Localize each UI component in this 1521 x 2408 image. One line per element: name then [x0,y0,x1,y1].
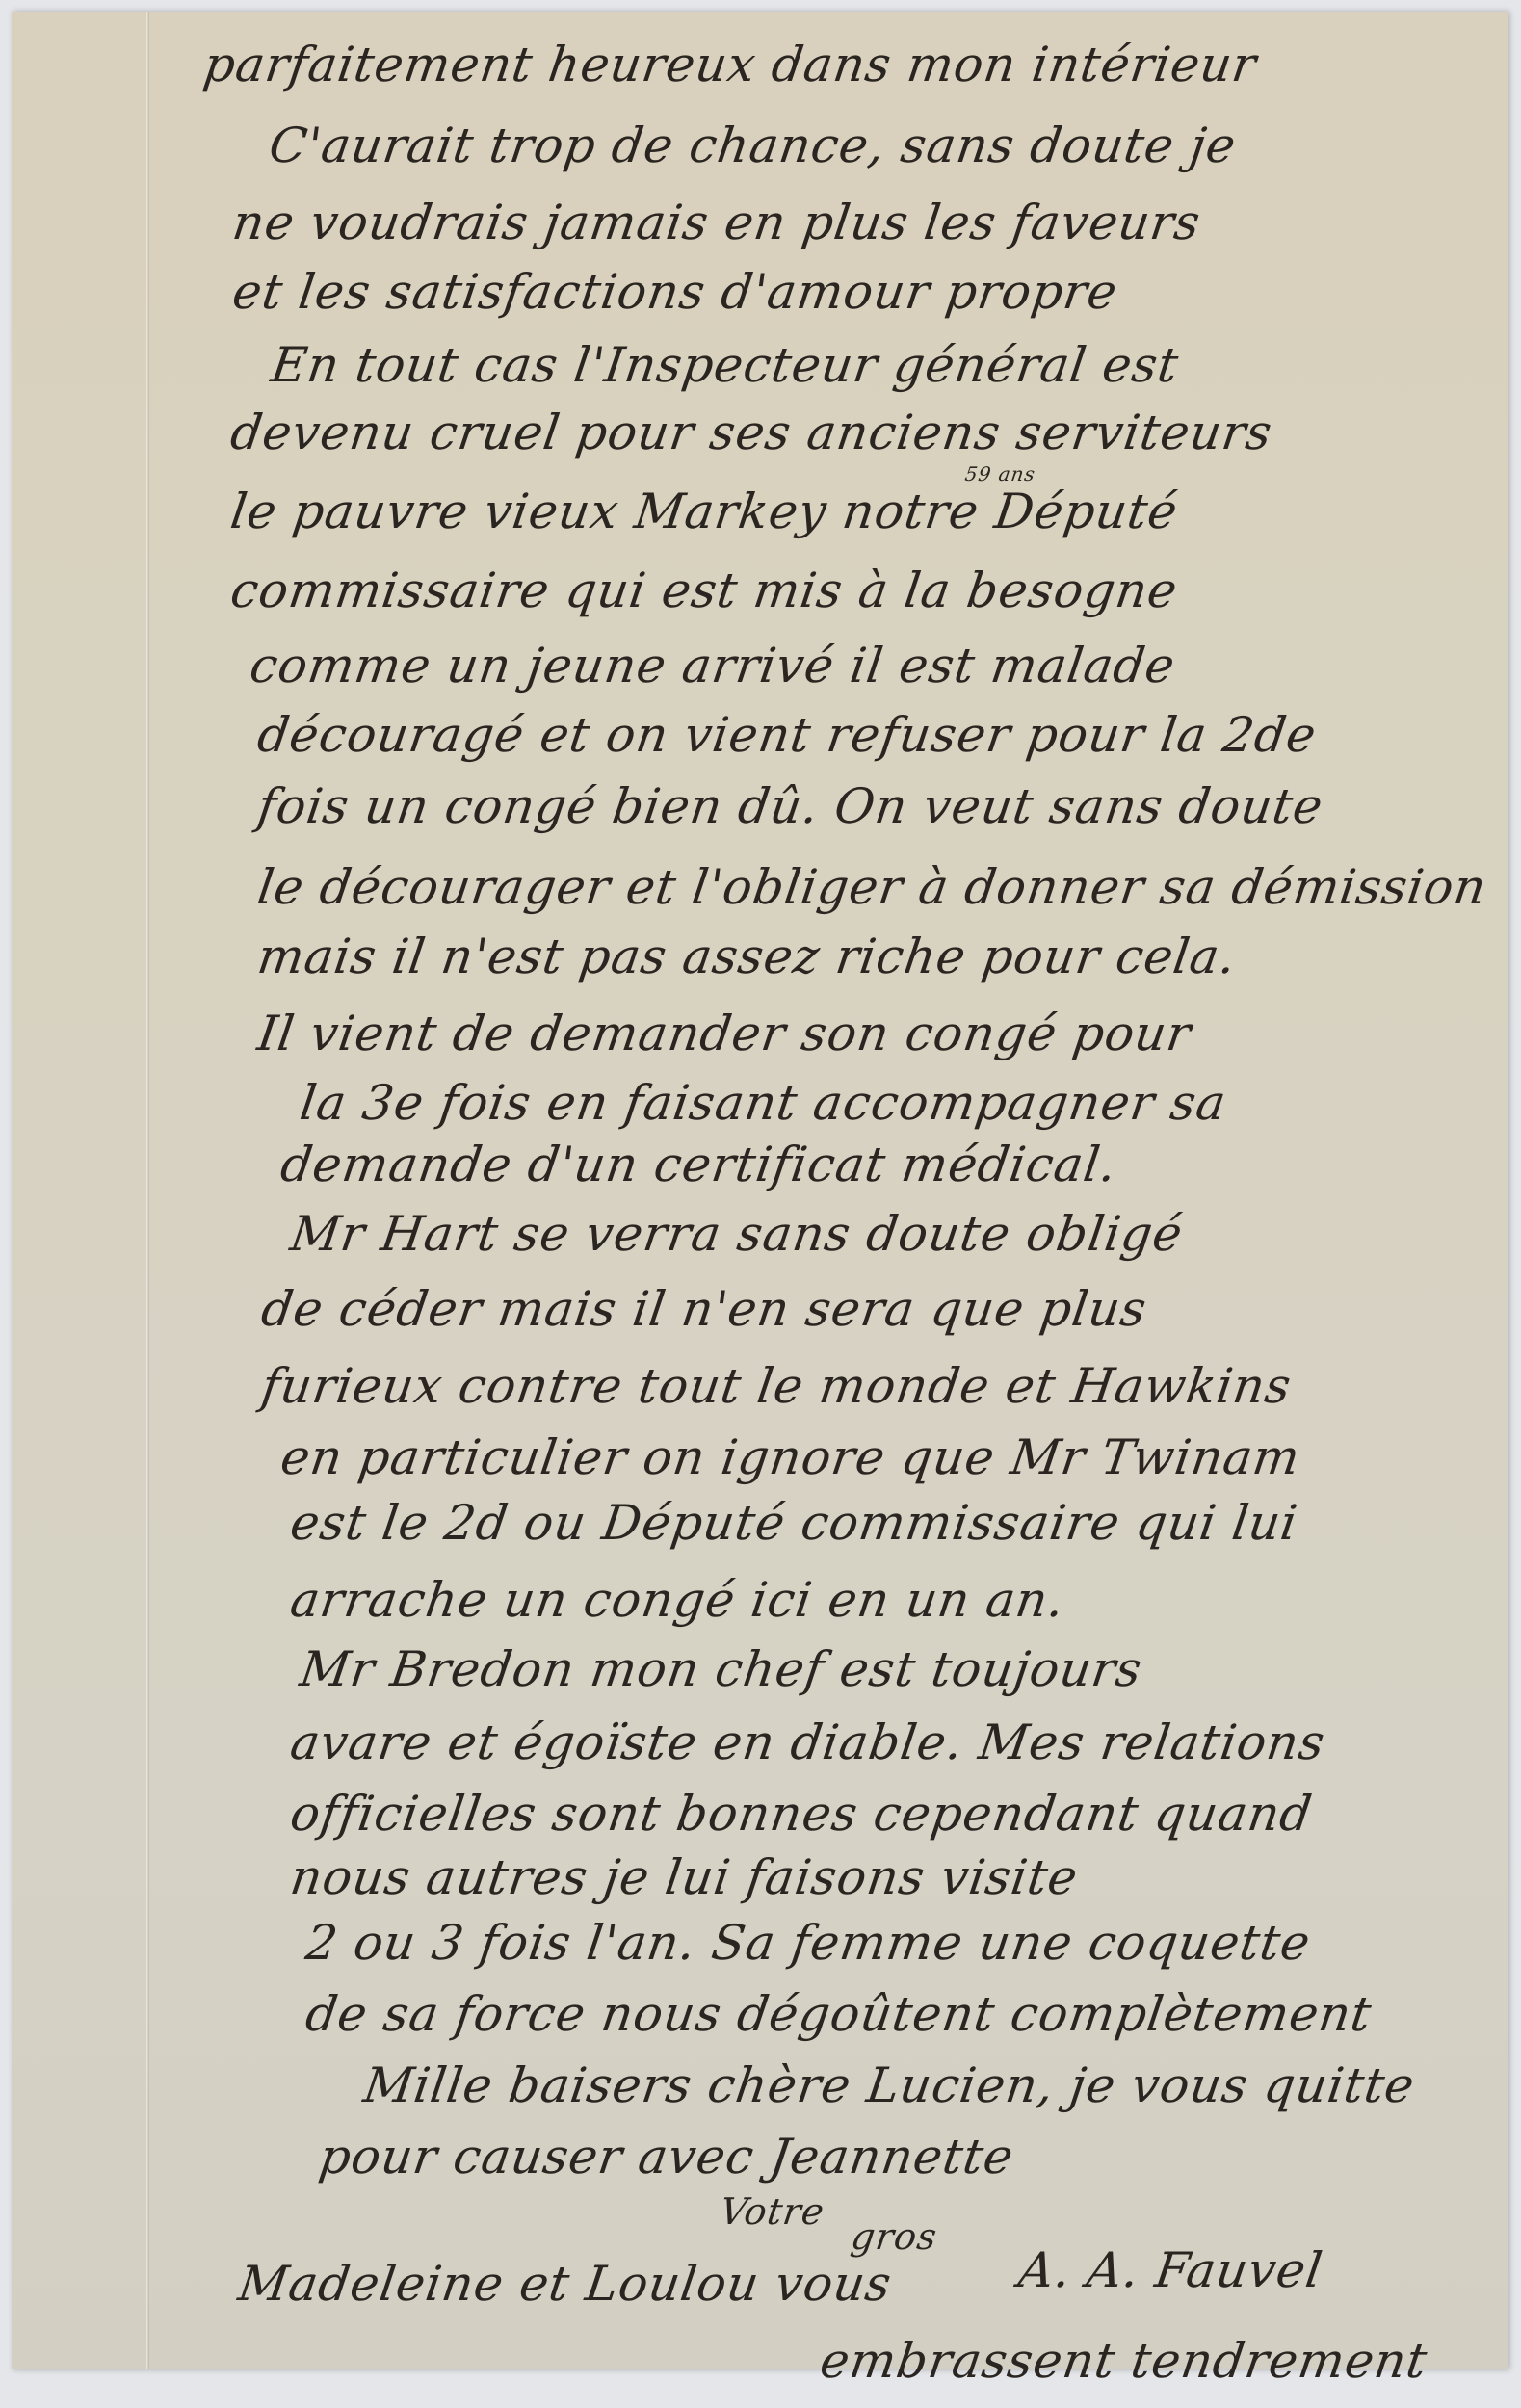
letter-line-15: la 3e fois en faisant accompagner sa [297,1075,1230,1131]
letter-line-3: ne voudrais jamais en plus les faveurs [229,195,1204,250]
letter-line-5: En tout cas l'Inspecteur général est [268,337,1182,393]
age-annotation: 59 ans [963,462,1036,485]
letter-line-11: fois un congé bien dû. On veut sans dout… [254,778,1326,834]
letter-line-23: Mr Bredon mon chef est toujours [297,1641,1145,1697]
letter-line-22: arrache un congé ici en un an. [287,1572,1068,1628]
signature: A. A. Fauvel [1015,2242,1326,2298]
letter-line-18: de céder mais il n'en sera que plus [258,1281,1150,1337]
letter-line-20: en particulier on ignore que Mr Twinam [277,1429,1304,1485]
letter-line-6: devenu cruel pour ses anciens serviteurs [227,405,1276,460]
letter-line-17: Mr Hart se verra sans doute obligé [287,1206,1187,1262]
letter-line-24: avare et égoïste en diable. Mes relation… [287,1714,1328,1770]
letter-paper: parfaitement heureux dans mon intérieur … [12,12,1508,2369]
letter-line-28: de sa force nous dégoûtent complètement [302,1986,1376,2042]
letter-line-14: Il vient de demander son congé pour [254,1006,1195,1061]
letter-line-8: commissaire qui est mis à la besogne [227,563,1181,618]
letter-line-21: est le 2d ou Député commissaire qui lui [287,1495,1301,1551]
closing-votre: Votre [718,2190,827,2233]
letter-line-10: découragé et on vient refuser pour la 2d… [254,707,1321,763]
letter-line-2: C'aurait trop de chance, sans doute je [266,118,1240,173]
closing-bottom: embrassent tendrement [817,2333,1431,2389]
letter-line-29: Mille baisers chère Lucien, je vous quit… [360,2057,1419,2113]
letter-line-4: et les satisfactions d'amour propre [229,264,1121,320]
letter-line-27: 2 ou 3 fois l'an. Sa femme une coquette [302,1915,1314,1971]
letter-line-25: officielles sont bonnes cependant quand [287,1786,1316,1842]
paper-fold-crease [146,12,149,2369]
letter-line-16: demande d'un certificat médical. [277,1137,1120,1192]
letter-line-26: nous autres je lui faisons visite [287,1849,1082,1905]
letter-line-7: le pauvre vieux Markey notre Député [227,484,1182,539]
letter-line-30: pour causer avec Jeannette [316,2129,1017,2185]
letter-line-9: comme un jeune arrivé il est malade [247,638,1179,694]
letter-line-19: furieux contre tout le monde et Hawkins [258,1358,1295,1414]
letter-line-12: le décourager et l'obliger à donner sa d… [254,859,1490,915]
closing-left: Madeleine et Loulou vous [235,2256,896,2312]
closing-gros: gros [849,2215,940,2258]
letter-line-13: mais il n'est pas assez riche pour cela. [254,929,1240,984]
letter-line-1: parfaitement heureux dans mon intérieur [200,37,1260,92]
